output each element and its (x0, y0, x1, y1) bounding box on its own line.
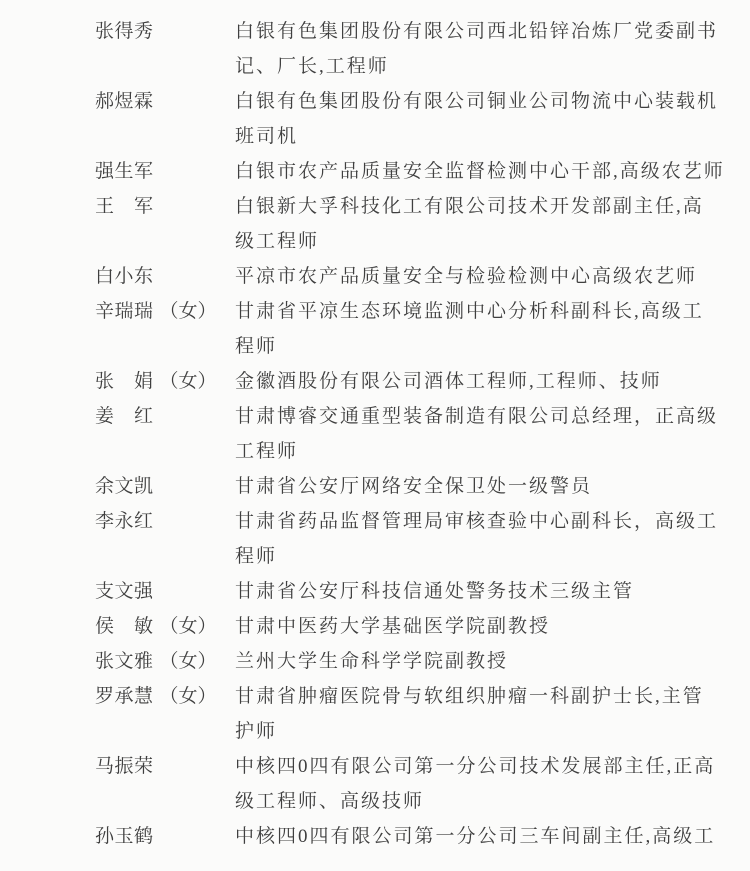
person-name: 姜 红 (95, 399, 154, 434)
title-line: 级工程师、高级技师 (235, 784, 750, 819)
name-cell: 辛瑞瑞（女） (95, 294, 235, 329)
list-item: 白小东平凉市农产品质量安全与检验检测中心高级农艺师 (0, 259, 750, 294)
title-line: 护师 (235, 714, 750, 749)
name-cell: 王 军 (95, 189, 235, 224)
gender-label: （女） (160, 294, 217, 329)
title-line: 甘肃省药品监督管理局审核查验中心副科长，高级工 (235, 504, 750, 539)
person-name: 郝煜霖 (95, 84, 154, 119)
name-cell: 张得秀 (95, 14, 235, 49)
title-description: 金徽酒股份有限公司酒体工程师,工程师、技师 (235, 364, 750, 399)
title-line: 中核四0四有限公司第一分公司三车间副主任,高级工 (235, 819, 750, 854)
title-line: 记、厂长,工程师 (235, 49, 750, 84)
list-item: 强生军白银市农产品质量安全监督检测中心干部,高级农艺师 (0, 154, 750, 189)
name-cell: 马振荣 (95, 749, 235, 784)
list-item: 王 军白银新大孚科技化工有限公司技术开发部副主任,高级工程师 (0, 189, 750, 259)
title-line: 平凉市农产品质量安全与检验检测中心高级农艺师 (235, 259, 750, 294)
title-line: 班司机 (235, 119, 750, 154)
title-description: 平凉市农产品质量安全与检验检测中心高级农艺师 (235, 259, 750, 294)
person-name: 余文凯 (95, 469, 154, 504)
name-cell: 侯 敏（女） (95, 609, 235, 644)
list-item: 罗承慧（女）甘肃省肿瘤医院骨与软组织肿瘤一科副护士长,主管护师 (0, 679, 750, 749)
person-name: 张文雅 (95, 644, 154, 679)
title-description: 白银有色集团股份有限公司铜业公司物流中心装载机班司机 (235, 84, 750, 154)
document-page: 张得秀白银有色集团股份有限公司西北铅锌冶炼厂党委副书记、厂长,工程师郝煜霖白银有… (0, 0, 750, 871)
title-description: 甘肃省肿瘤医院骨与软组织肿瘤一科副护士长,主管护师 (235, 679, 750, 749)
title-line: 白银有色集团股份有限公司西北铅锌冶炼厂党委副书 (235, 14, 750, 49)
name-cell: 白小东 (95, 259, 235, 294)
title-line: 级工程师 (235, 224, 750, 259)
name-cell: 张文雅（女） (95, 644, 235, 679)
title-description: 兰州大学生命科学学院副教授 (235, 644, 750, 679)
gender-label: （女） (160, 644, 217, 679)
list-item: 侯 敏（女）甘肃中医药大学基础医学院副教授 (0, 609, 750, 644)
title-description: 白银新大孚科技化工有限公司技术开发部副主任,高级工程师 (235, 189, 750, 259)
name-cell: 张 娟（女） (95, 364, 235, 399)
list-item: 张 娟（女）金徽酒股份有限公司酒体工程师,工程师、技师 (0, 364, 750, 399)
title-description: 白银有色集团股份有限公司西北铅锌冶炼厂党委副书记、厂长,工程师 (235, 14, 750, 84)
list-item: 姜 红甘肃博睿交通重型装备制造有限公司总经理，正高级工程师 (0, 399, 750, 469)
list-item: 张文雅（女）兰州大学生命科学学院副教授 (0, 644, 750, 679)
title-description: 甘肃博睿交通重型装备制造有限公司总经理，正高级工程师 (235, 399, 750, 469)
gender-label: （女） (160, 364, 217, 399)
title-line: 甘肃省肿瘤医院骨与软组织肿瘤一科副护士长,主管 (235, 679, 750, 714)
title-description: 中核四0四有限公司第一分公司技术发展部主任,正高级工程师、高级技师 (235, 749, 750, 819)
person-name: 李永红 (95, 504, 154, 539)
list-item: 余文凯甘肃省公安厅网络安全保卫处一级警员 (0, 469, 750, 504)
person-name: 张得秀 (95, 14, 154, 49)
person-name: 侯 敏 (95, 609, 154, 644)
gender-label: （女） (160, 679, 217, 714)
name-cell: 姜 红 (95, 399, 235, 434)
title-description: 甘肃省公安厅科技信通处警务技术三级主管 (235, 574, 750, 609)
title-line: 白银有色集团股份有限公司铜业公司物流中心装载机 (235, 84, 750, 119)
name-cell: 强生军 (95, 154, 235, 189)
title-line: 金徽酒股份有限公司酒体工程师,工程师、技师 (235, 364, 750, 399)
list-item: 张得秀白银有色集团股份有限公司西北铅锌冶炼厂党委副书记、厂长,工程师 (0, 14, 750, 84)
name-cell: 孙玉鹤 (95, 819, 235, 854)
title-line: 白银新大孚科技化工有限公司技术开发部副主任,高 (235, 189, 750, 224)
title-line: 甘肃省公安厅网络安全保卫处一级警员 (235, 469, 750, 504)
list-item: 辛瑞瑞（女）甘肃省平凉生态环境监测中心分析科副科长,高级工程师 (0, 294, 750, 364)
gender-label: （女） (160, 609, 217, 644)
title-description: 甘肃中医药大学基础医学院副教授 (235, 609, 750, 644)
list-item: 郝煜霖白银有色集团股份有限公司铜业公司物流中心装载机班司机 (0, 84, 750, 154)
person-name: 支文强 (95, 574, 154, 609)
person-name: 罗承慧 (95, 679, 154, 714)
title-line: 甘肃省公安厅科技信通处警务技术三级主管 (235, 574, 750, 609)
title-description: 甘肃省药品监督管理局审核查验中心副科长，高级工程师 (235, 504, 750, 574)
name-cell: 罗承慧（女） (95, 679, 235, 714)
list-item: 马振荣中核四0四有限公司第一分公司技术发展部主任,正高级工程师、高级技师 (0, 749, 750, 819)
list-item: 李永红甘肃省药品监督管理局审核查验中心副科长，高级工程师 (0, 504, 750, 574)
title-line: 甘肃中医药大学基础医学院副教授 (235, 609, 750, 644)
title-line: 工程师 (235, 434, 750, 469)
list-item: 支文强甘肃省公安厅科技信通处警务技术三级主管 (0, 574, 750, 609)
title-description: 甘肃省公安厅网络安全保卫处一级警员 (235, 469, 750, 504)
name-cell: 郝煜霖 (95, 84, 235, 119)
title-line: 中核四0四有限公司第一分公司技术发展部主任,正高 (235, 749, 750, 784)
title-line: 甘肃博睿交通重型装备制造有限公司总经理，正高级 (235, 399, 750, 434)
name-cell: 支文强 (95, 574, 235, 609)
name-cell: 李永红 (95, 504, 235, 539)
person-name: 辛瑞瑞 (95, 294, 154, 329)
person-name: 白小东 (95, 259, 154, 294)
appointee-list: 张得秀白银有色集团股份有限公司西北铅锌冶炼厂党委副书记、厂长,工程师郝煜霖白银有… (0, 14, 750, 854)
title-line: 甘肃省平凉生态环境监测中心分析科副科长,高级工 (235, 294, 750, 329)
title-description: 甘肃省平凉生态环境监测中心分析科副科长,高级工程师 (235, 294, 750, 364)
person-name: 王 军 (95, 189, 154, 224)
title-line: 程师 (235, 539, 750, 574)
title-line: 程师 (235, 329, 750, 364)
title-line: 白银市农产品质量安全监督检测中心干部,高级农艺师 (235, 154, 750, 189)
person-name: 强生军 (95, 154, 154, 189)
title-line: 兰州大学生命科学学院副教授 (235, 644, 750, 679)
list-item: 孙玉鹤中核四0四有限公司第一分公司三车间副主任,高级工 (0, 819, 750, 854)
name-cell: 余文凯 (95, 469, 235, 504)
person-name: 马振荣 (95, 749, 154, 784)
title-description: 中核四0四有限公司第一分公司三车间副主任,高级工 (235, 819, 750, 854)
person-name: 张 娟 (95, 364, 154, 399)
title-description: 白银市农产品质量安全监督检测中心干部,高级农艺师 (235, 154, 750, 189)
person-name: 孙玉鹤 (95, 819, 154, 854)
